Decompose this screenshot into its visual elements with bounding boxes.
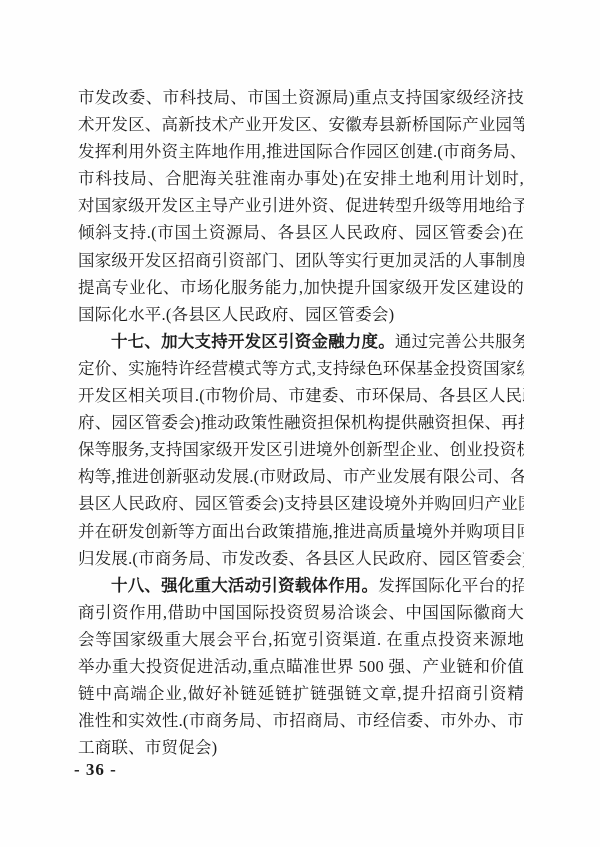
paragraph-item-18: 十八、强化重大活动引资载体作用。发挥国际化平台的招 商引资作用,借助中国国际投资… [78, 572, 524, 762]
paragraph-item-17: 十七、加大支持开发区引资金融力度。通过完善公共服务 定价、实施特许经营模式等方式… [78, 328, 524, 572]
heading-rest-text: 通过完善公共服务 [395, 332, 524, 351]
text-line: 市发改委、市科技局、市国土资源局)重点支持国家级经济技 [78, 84, 524, 111]
section-heading: 十七、加大支持开发区引资金融力度。 [111, 332, 395, 351]
section-heading: 十八、强化重大活动引资载体作用。 [111, 576, 378, 595]
text-line-heading: 十八、强化重大活动引资载体作用。发挥国际化平台的招 [78, 572, 524, 599]
text-line: 府、园区管委会)推动政策性融资担保机构提供融资担保、再担 [78, 409, 524, 436]
text-line: 县区人民政府、园区管委会)支持县区建设境外并购回归产业园, [78, 490, 524, 517]
text-line: 举办重大投资促进活动,重点瞄准世界 500 强、产业链和价值 [78, 653, 524, 680]
text-line: 并在研发创新等方面出台政策措施,推进高质量境外并购项目回 [78, 518, 524, 545]
text-line-heading: 十七、加大支持开发区引资金融力度。通过完善公共服务 [78, 328, 524, 355]
text-line: 定价、实施特许经营模式等方式,支持绿色环保基金投资国家级 [78, 355, 524, 382]
text-line: 对国家级开发区主导产业引进外资、促进转型升级等用地给予 [78, 192, 524, 219]
text-line: 开发区相关项目.(市物价局、市建委、市环保局、各县区人民政 [78, 382, 524, 409]
text-line: 归发展.(市商务局、市发改委、各县区人民政府、园区管委会) [78, 545, 524, 572]
text-line: 商引资作用,借助中国国际投资贸易洽谈会、中国国际徽商大 [78, 599, 524, 626]
text-line: 提高专业化、市场化服务能力,加快提升国家级开发区建设的 [78, 274, 524, 301]
text-line: 准性和实效性.(市商务局、市招商局、市经信委、市外办、市 [78, 707, 524, 734]
text-line: 链中高端企业,做好补链延链扩链强链文章,提升招商引资精 [78, 680, 524, 707]
text-block: 市发改委、市科技局、市国土资源局)重点支持国家级经济技 术开发区、高新技术产业开… [78, 84, 524, 761]
document-page: 市发改委、市科技局、市国土资源局)重点支持国家级经济技 术开发区、高新技术产业开… [0, 0, 600, 847]
text-line: 会等国家级重大展会平台,拓宽引资渠道. 在重点投资来源地 [78, 626, 524, 653]
page-number: - 36 - [74, 760, 117, 780]
text-line: 工商联、市贸促会) [78, 734, 524, 761]
paragraph-continuation: 市发改委、市科技局、市国土资源局)重点支持国家级经济技 术开发区、高新技术产业开… [78, 84, 524, 328]
text-line: 保等服务,支持国家级开发区引进境外创新型企业、创业投资机 [78, 436, 524, 463]
text-line: 国际化水平.(各县区人民政府、园区管委会) [78, 301, 524, 328]
heading-rest-text: 发挥国际化平台的招 [378, 576, 524, 595]
text-line: 国家级开发区招商引资部门、团队等实行更加灵活的人事制度, [78, 247, 524, 274]
text-line: 发挥利用外资主阵地作用,推进国际合作园区创建.(市商务局、 [78, 138, 524, 165]
text-line: 市科技局、合肥海关驻淮南办事处)在安排土地利用计划时, [78, 165, 524, 192]
text-line: 术开发区、高新技术产业开发区、安徽寿县新桥国际产业园等 [78, 111, 524, 138]
text-line: 构等,推进创新驱动发展.(市财政局、市产业发展有限公司、各 [78, 463, 524, 490]
text-line: 倾斜支持.(市国土资源局、各县区人民政府、园区管委会)在 [78, 219, 524, 246]
